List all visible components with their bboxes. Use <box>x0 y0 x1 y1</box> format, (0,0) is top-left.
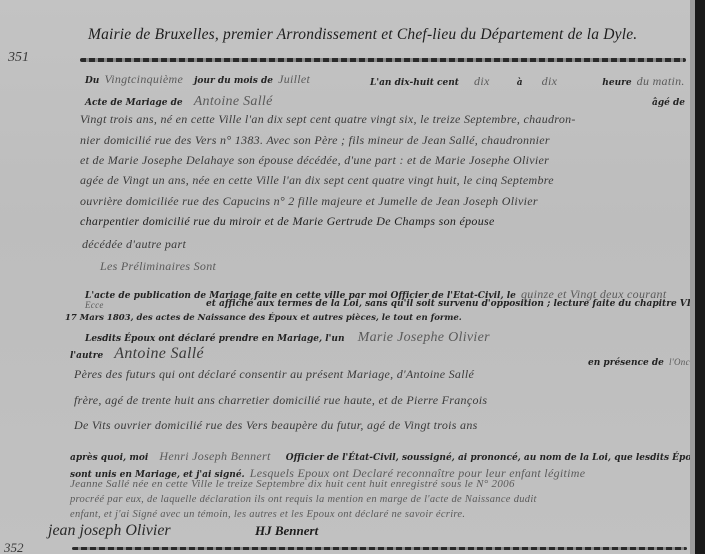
groom-name-2: Antoine Sallé <box>114 345 204 362</box>
label-a: à <box>517 78 523 88</box>
period: du matin. <box>637 74 685 88</box>
presence-line: en présence de l'Oncle <box>588 350 697 369</box>
label-jour: jour du mois de <box>194 76 273 86</box>
publication-line-2: et affiché aux termes de la Loi, sans qu… <box>206 299 705 309</box>
label-heure: heure <box>602 78 631 88</box>
label-age: âgé de <box>652 98 685 108</box>
witness-line-2: frère, agé de trente huit ans charretier… <box>74 393 487 408</box>
closing-hand-line-3: enfant, et j'ai Signé avec un témoin, le… <box>70 509 465 520</box>
hour: dix <box>542 74 558 88</box>
label-presence: en présence de <box>588 358 664 368</box>
date-day: Vingtcinquième <box>104 72 183 86</box>
witness-signature: jean joseph Olivier <box>48 522 171 540</box>
label-autre: l'autre <box>70 351 103 361</box>
label-du: Du <box>85 76 99 86</box>
preliminaries-line: Les Préliminaires Sont <box>100 259 216 274</box>
publication-line-3: 17 Mars 1803, des actes de Naissance des… <box>65 313 462 323</box>
bride-name: Marie Josephe Olivier <box>358 330 490 345</box>
closing-hand-line-1: Jeanne Sallé née en cette Ville le treiz… <box>70 478 515 490</box>
scanned-register-page: Mairie de Bruxelles, premier Arrondissem… <box>0 0 695 554</box>
other-spouse-line: l'autre Antoine Sallé <box>70 343 204 363</box>
closing-hand-line-2: procréé par eux, de laquelle déclaration… <box>70 494 537 505</box>
body-line-7: décédée d'autre part <box>82 237 186 252</box>
label-year: L'an dix-huit cent <box>370 78 459 88</box>
acte-line: Acte de Mariage de Antoine Sallé <box>85 90 273 110</box>
body-line-3: et de Marie Josephe Delahaye son épouse … <box>80 153 549 168</box>
officer-signature: HJ Bennert <box>255 523 318 539</box>
date-month: Juillet <box>278 72 310 86</box>
witness-line-3: De Vits ouvrier domicilié rue des Vers b… <box>74 418 478 433</box>
label-acte: Acte de Mariage de <box>85 98 183 108</box>
body-line-5: ouvrière domiciliée rue des Capucins n° … <box>80 194 538 209</box>
act-number-bottom: 352 <box>4 540 24 554</box>
body-line-6: charpentier domicilié rue du miroir et d… <box>80 214 495 229</box>
publication-margin-note: Ecce <box>85 300 104 310</box>
groom-name: Antoine Sallé <box>194 94 273 109</box>
separator-top <box>80 58 686 62</box>
scan-edge-border <box>695 0 705 554</box>
year-part: dix <box>474 74 490 88</box>
officer-name: Henri Joseph Bennert <box>159 449 270 463</box>
witness-line-1: Pères des futurs qui ont déclaré consent… <box>74 367 474 382</box>
body-line-2: nier domicilié rue des Vers n° 1383. Ave… <box>80 133 550 148</box>
act-number-top: 351 <box>8 50 29 66</box>
separator-bottom <box>72 547 687 550</box>
register-header-title: Mairie de Bruxelles, premier Arrondissem… <box>88 26 637 44</box>
date-line: Du Vingtcinquième jour du mois de Juille… <box>85 68 310 87</box>
body-line-4: agée de Vingt un ans, née en cette Ville… <box>80 173 554 188</box>
body-line-1: Vingt trois ans, né en cette Ville l'an … <box>80 112 576 127</box>
year-hour-line: L'an dix-huit cent dix à dix heure du ma… <box>370 70 685 89</box>
